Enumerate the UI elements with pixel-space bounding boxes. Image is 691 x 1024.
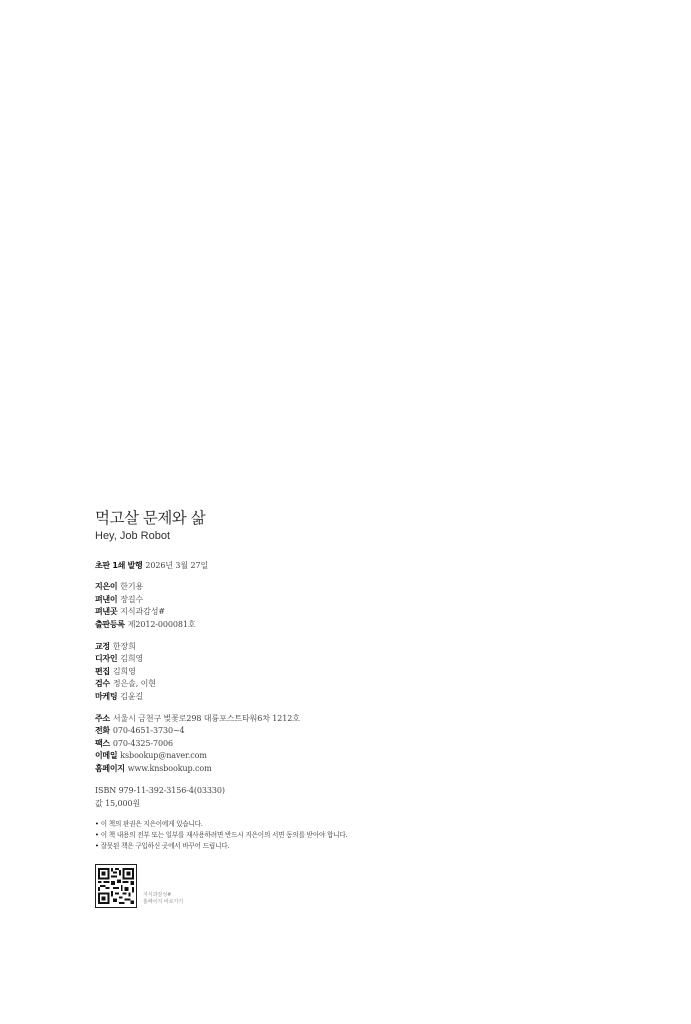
info-label: 출판등록 [95, 620, 125, 629]
info-row: 편집김희영 [95, 666, 615, 678]
info-row: 출판등록제2012-000081호 [95, 619, 615, 631]
info-value: 제2012-000081호 [128, 620, 196, 629]
qr-code-icon [95, 864, 137, 908]
note-item: •이 책의 판권은 지은이에게 있습니다. [95, 819, 615, 830]
info-value: 김희영 [120, 654, 143, 663]
note-item: •이 책 내용의 전부 또는 일부를 재사용하려면 반드시 지은이의 서면 동의… [95, 830, 615, 841]
info-label: 팩스 [95, 739, 110, 748]
phone-row: 전화070-4651-3730~4 [95, 725, 615, 737]
staff-info: 교정한장희 디자인김희영 편집김희영 검수정은솔, 이현 마케팅김윤길 [95, 641, 615, 703]
info-label: 디자인 [95, 654, 117, 663]
note-item: •잘못된 책은 구입하신 곳에서 바꾸어 드립니다. [95, 841, 615, 852]
info-row: 검수정은솔, 이현 [95, 678, 615, 690]
info-label: 펴낸곳 [95, 607, 117, 616]
info-label: 교정 [95, 642, 110, 651]
edition-value: 2026년 3월 27일 [145, 561, 208, 570]
info-label: 검수 [95, 679, 110, 688]
info-value: 김희영 [113, 667, 136, 676]
homepage-value: www.knsbookup.com [128, 764, 212, 773]
info-row: 교정한장희 [95, 641, 615, 653]
info-label: 지은이 [95, 582, 117, 591]
info-label: 마케팅 [95, 692, 117, 701]
note-text: 잘못된 책은 구입하신 곳에서 바꾸어 드립니다. [101, 842, 230, 850]
contact-info: 주소서울시 금천구 벚꽃로298 대륭포스트타워6차 1212호 전화070-4… [95, 713, 615, 775]
isbn-line: ISBN 979-11-392-3156-4(03330) [95, 785, 615, 797]
info-value: 070-4651-3730~4 [113, 726, 185, 735]
qr-caption-link: 홈페이지 바로가기 [143, 899, 183, 907]
info-label: 이메일 [95, 751, 117, 760]
bullet-icon: • [95, 831, 99, 839]
fax-row: 팩스070-4325-7006 [95, 738, 615, 750]
info-value: 김윤길 [120, 692, 143, 701]
info-label: 홈페이지 [95, 764, 125, 773]
info-row: 지은이한기용 [95, 581, 615, 593]
note-text: 이 책 내용의 전부 또는 일부를 재사용하려면 반드시 지은이의 서면 동의를… [101, 831, 348, 839]
isbn-info: ISBN 979-11-392-3156-4(03330) 값 15,000원 [95, 785, 615, 810]
info-value: 서울시 금천구 벚꽃로298 대륭포스트타워6차 1212호 [113, 714, 300, 723]
info-value: 정은솔, 이현 [113, 679, 156, 688]
info-row: 마케팅김윤길 [95, 691, 615, 703]
info-row: 디자인김희영 [95, 653, 615, 665]
book-subtitle: Hey, Job Robot [95, 529, 615, 544]
edition-info: 초판 1쇄 발행2026년 3월 27일 [95, 560, 615, 572]
info-label: 펴낸이 [95, 595, 117, 604]
homepage-row: 홈페이지www.knsbookup.com [95, 763, 615, 775]
info-value: 장길수 [120, 595, 143, 604]
copyright-notes: •이 책의 판권은 지은이에게 있습니다. •이 책 내용의 전부 또는 일부를… [95, 819, 615, 853]
info-value: 지식과감성# [120, 607, 165, 616]
address-row: 주소서울시 금천구 벚꽃로298 대륭포스트타워6차 1212호 [95, 713, 615, 725]
note-text: 이 책의 판권은 지은이에게 있습니다. [101, 820, 203, 828]
bullet-icon: • [95, 820, 99, 828]
book-title: 먹고살 문제와 삶 [95, 508, 615, 528]
info-label: 전화 [95, 726, 110, 735]
qr-caption-brand: 지식과감성# [143, 892, 183, 900]
info-label: 편집 [95, 667, 110, 676]
info-value: 070-4325-7006 [113, 739, 173, 748]
email-row: 이메일ksbookup@naver.com [95, 750, 615, 762]
colophon: 먹고살 문제와 삶 Hey, Job Robot 초판 1쇄 발행2026년 3… [95, 508, 615, 908]
publisher-info: 지은이한기용 펴낸이장길수 펴낸곳지식과감성# 출판등록제2012-000081… [95, 581, 615, 631]
edition-label: 초판 1쇄 발행 [95, 561, 142, 570]
info-row: 펴낸곳지식과감성# [95, 606, 615, 618]
qr-caption: 지식과감성# 홈페이지 바로가기 [143, 892, 183, 907]
price-line: 값 15,000원 [95, 798, 615, 810]
email-value: ksbookup@naver.com [120, 751, 207, 760]
info-row: 펴낸이장길수 [95, 594, 615, 606]
info-value: 한장희 [113, 642, 136, 651]
bullet-icon: • [95, 842, 99, 850]
info-label: 주소 [95, 714, 110, 723]
info-value: 한기용 [120, 582, 143, 591]
homepage-qr-block: 지식과감성# 홈페이지 바로가기 [95, 864, 615, 908]
edition-line: 초판 1쇄 발행2026년 3월 27일 [95, 560, 615, 572]
qr-code-graphic [96, 865, 136, 907]
